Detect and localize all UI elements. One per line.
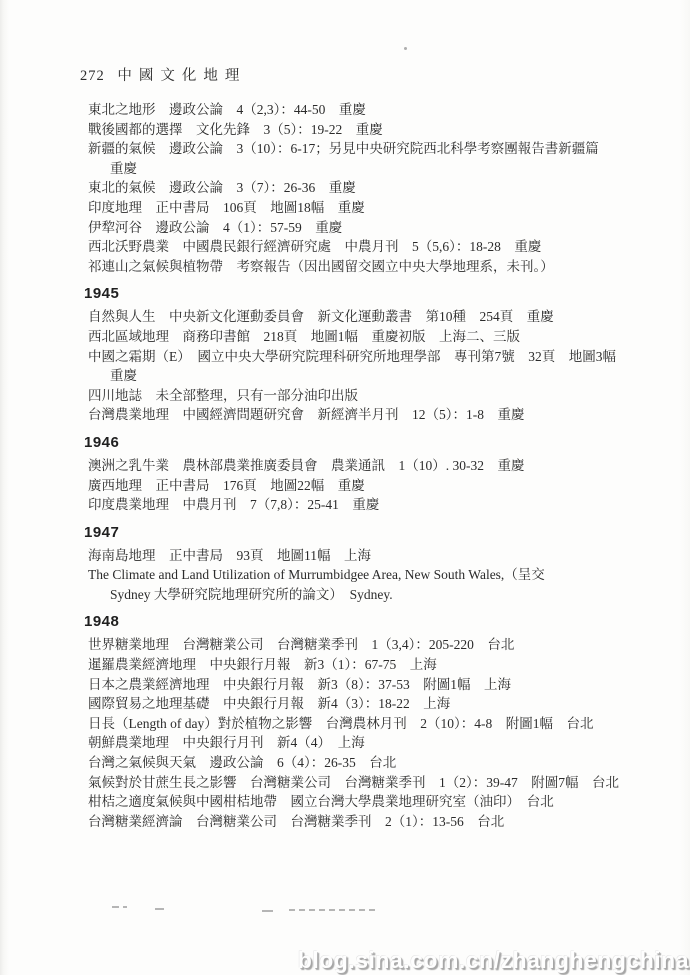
entry-line: 台灣農業地理 中國經濟問題研究會 新經濟半月刊 12（5）：1-8 重慶 [88,405,690,425]
entry-group: 世界糖業地理 台灣糖業公司 台灣糖業季刊 1（3,4）：205-220 台北暹羅… [88,635,690,831]
entry-line: 中國之霜期（E） 國立中央大學研究院理科研究所地理學部 專刊第7號 32頁 地圖… [88,347,690,367]
entry-line: 自然與人生 中央新文化運動委員會 新文化運動叢書 第10種 254頁 重慶 [88,307,690,327]
entry-line: 日本之農業經濟地理 中央銀行月報 新3（8）：37-53 附圖1幅 上海 [88,675,690,695]
bibliography-entry: 印度地理 正中書局 106頁 地圖18幅 重慶 [88,198,690,218]
bibliography-entry: 朝鮮農業地理 中央銀行月刊 新4（4） 上海 [88,733,690,753]
entry-line: 四川地誌 未全部整理，只有一部分油印出版 [88,386,690,406]
entry-line: 印度地理 正中書局 106頁 地圖18幅 重慶 [88,198,690,218]
scanned-page: 272 中國文化地理 東北之地形 邊政公論 4（2,3）：44-50 重慶戰後國… [0,0,690,975]
bibliography-entry: 日長（Length of day）對於植物之影響 台灣農林月刊 2（10）：4-… [88,714,690,734]
bibliography-entry: 海南島地理 正中書局 93頁 地圖11幅 上海 [88,546,690,566]
entry-line: 世界糖業地理 台灣糖業公司 台灣糖業季刊 1（3,4）：205-220 台北 [88,635,690,655]
bibliography-entry: 印度農業地理 中農月刊 7（7,8）：25-41 重慶 [88,495,690,515]
entry-line: 國際貿易之地理基礎 中央銀行月報 新4（3）：18-22 上海 [88,694,690,714]
entry-group: 海南島地理 正中書局 93頁 地圖11幅 上海The Climate and L… [88,546,690,605]
page-number: 272 [80,68,105,84]
scan-smudge [112,906,119,908]
entry-line: The Climate and Land Utilization of Murr… [88,565,690,585]
entry-line: 西北沃野農業 中國農民銀行經濟研究處 中農月刊 5（5,6）：18-28 重慶 [88,237,690,257]
entry-continuation-line: Sydney 大學研究院地理研究所的論文） Sydney. [110,585,690,605]
entry-line: 氣候對於甘蔗生長之影響 台灣糖業公司 台灣糖業季刊 1（2）：39-47 附圖7… [88,773,690,793]
entry-line: 東北的氣候 邊政公論 3（7）：26-36 重慶 [88,178,690,198]
bibliography-entry: 日本之農業經濟地理 中央銀行月報 新3（8）：37-53 附圖1幅 上海 [88,675,690,695]
entry-line: 澳洲之乳牛業 農林部農業推廣委員會 農業通訊 1（10）. 30-32 重慶 [88,456,690,476]
bibliography-entry: 祁連山之氣候與植物帶 考察報告（因出國留交國立中央大學地理系，未刊。） [88,257,690,277]
page-title: 中國文化地理 [117,68,246,84]
bibliography-entry: 戰後國都的選擇 文化先鋒 3（5）：19-22 重慶 [88,120,690,140]
bibliography-entry: 澳洲之乳牛業 農林部農業推廣委員會 農業通訊 1（10）. 30-32 重慶 [88,456,690,476]
watermark: blog.sina.com.cn/zhanghengchina [298,947,689,974]
entry-line: 伊犂河谷 邊政公論 4（1）：57-59 重慶 [88,218,690,238]
bibliography-entry: The Climate and Land Utilization of Murr… [88,565,690,604]
bibliography-entry: 東北的氣候 邊政公論 3（7）：26-36 重慶 [88,178,690,198]
bibliography-entry: 中國之霜期（E） 國立中央大學研究院理科研究所地理學部 專刊第7號 32頁 地圖… [88,347,690,386]
scan-speck [404,47,407,50]
entry-group: 澳洲之乳牛業 農林部農業推廣委員會 農業通訊 1（10）. 30-32 重慶廣西… [88,456,690,515]
bibliography-sections: 東北之地形 邊政公論 4（2,3）：44-50 重慶戰後國都的選擇 文化先鋒 3… [88,100,690,831]
bibliography-entry: 自然與人生 中央新文化運動委員會 新文化運動叢書 第10種 254頁 重慶 [88,307,690,327]
entry-line: 暹羅農業經濟地理 中央銀行月報 新3（1）：67-75 上海 [88,655,690,675]
scan-smudge [289,909,375,911]
year-heading: 1945 [84,285,690,302]
entry-line: 西北區域地理 商務印書館 218頁 地圖1幅 重慶初版 上海二、三版 [88,327,690,347]
bibliography-entry: 四川地誌 未全部整理，只有一部分油印出版 [88,386,690,406]
entry-line: 海南島地理 正中書局 93頁 地圖11幅 上海 [88,546,690,566]
bibliography-entry: 國際貿易之地理基礎 中央銀行月報 新4（3）：18-22 上海 [88,694,690,714]
page-header: 272 中國文化地理 [80,64,690,85]
entry-line: 祁連山之氣候與植物帶 考察報告（因出國留交國立中央大學地理系，未刊。） [88,257,690,277]
entry-continuation-line: 重慶 [110,366,690,386]
bibliography-entry: 台灣糖業經濟論 台灣糖業公司 台灣糖業季刊 2（1）：13-56 台北 [88,812,690,832]
bibliography-entry: 台灣農業地理 中國經濟問題研究會 新經濟半月刊 12（5）：1-8 重慶 [88,405,690,425]
entry-group: 東北之地形 邊政公論 4（2,3）：44-50 重慶戰後國都的選擇 文化先鋒 3… [88,100,690,276]
entry-line: 廣西地理 正中書局 176頁 地圖22幅 重慶 [88,476,690,496]
entry-line: 新疆的氣候 邊政公論 3（10）：6-17；另見中央研究院西北科學考察團報告書新… [88,139,690,159]
entry-group: 自然與人生 中央新文化運動委員會 新文化運動叢書 第10種 254頁 重慶西北區… [88,307,690,425]
bibliography-entry: 伊犂河谷 邊政公論 4（1）：57-59 重慶 [88,218,690,238]
entry-line: 柑桔之適度氣候與中國柑桔地帶 國立台灣大學農業地理研究室（油印） 台北 [88,792,690,812]
entry-continuation-line: 重慶 [110,159,690,179]
scan-smudge [155,908,164,910]
year-heading: 1948 [84,613,690,630]
bibliography-entry: 台灣之氣候與天氣 邊政公論 6（4）：26-35 台北 [88,753,690,773]
scan-smudge [123,906,127,908]
entry-line: 台灣糖業經濟論 台灣糖業公司 台灣糖業季刊 2（1）：13-56 台北 [88,812,690,832]
entry-line: 戰後國都的選擇 文化先鋒 3（5）：19-22 重慶 [88,120,690,140]
scan-smudge [262,910,273,912]
entry-line: 日長（Length of day）對於植物之影響 台灣農林月刊 2（10）：4-… [88,714,690,734]
entry-line: 朝鮮農業地理 中央銀行月刊 新4（4） 上海 [88,733,690,753]
bibliography-entry: 暹羅農業經濟地理 中央銀行月報 新3（1）：67-75 上海 [88,655,690,675]
bibliography-entry: 東北之地形 邊政公論 4（2,3）：44-50 重慶 [88,100,690,120]
entry-line: 東北之地形 邊政公論 4（2,3）：44-50 重慶 [88,100,690,120]
bibliography-entry: 世界糖業地理 台灣糖業公司 台灣糖業季刊 1（3,4）：205-220 台北 [88,635,690,655]
year-heading: 1947 [84,524,690,541]
bibliography-entry: 廣西地理 正中書局 176頁 地圖22幅 重慶 [88,476,690,496]
entry-line: 台灣之氣候與天氣 邊政公論 6（4）：26-35 台北 [88,753,690,773]
bibliography-entry: 柑桔之適度氣候與中國柑桔地帶 國立台灣大學農業地理研究室（油印） 台北 [88,792,690,812]
bibliography-entry: 氣候對於甘蔗生長之影響 台灣糖業公司 台灣糖業季刊 1（2）：39-47 附圖7… [88,773,690,793]
bibliography-entry: 西北區域地理 商務印書館 218頁 地圖1幅 重慶初版 上海二、三版 [88,327,690,347]
entry-line: 印度農業地理 中農月刊 7（7,8）：25-41 重慶 [88,495,690,515]
bibliography-entry: 西北沃野農業 中國農民銀行經濟研究處 中農月刊 5（5,6）：18-28 重慶 [88,237,690,257]
year-heading: 1946 [84,434,690,451]
bibliography-entry: 新疆的氣候 邊政公論 3（10）：6-17；另見中央研究院西北科學考察團報告書新… [88,139,690,178]
